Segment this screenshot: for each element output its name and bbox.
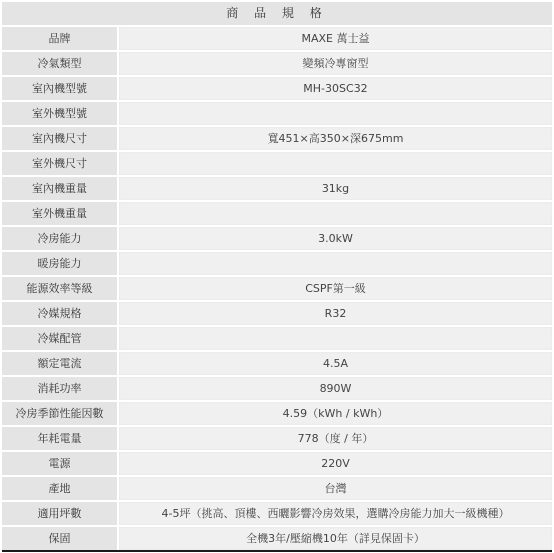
spec-label: 消耗功率: [2, 377, 117, 400]
spec-label: 額定電流: [2, 352, 117, 375]
spec-value: 寬451×高350×深675mm: [119, 127, 552, 150]
spec-row-origin: 產地 台灣: [2, 477, 552, 500]
spec-row-indoor-size: 室內機尺寸 寬451×高350×深675mm: [2, 127, 552, 150]
spec-label: 冷氣類型: [2, 52, 117, 75]
spec-value: 220V: [119, 452, 552, 475]
bottom-divider: [2, 550, 552, 552]
spec-row-cooling-capacity: 冷房能力 3.0kW: [2, 227, 552, 250]
spec-value: 4.59（kWh / kWh）: [119, 402, 552, 425]
spec-value: 變頻冷專窗型: [119, 52, 552, 75]
spec-label: 室外機型號: [2, 102, 117, 125]
spec-row-indoor-model: 室內機型號 MH-30SC32: [2, 77, 552, 100]
spec-row-warranty: 保固 全機3年/壓縮機10年（詳見保固卡）: [2, 527, 552, 550]
spec-label: 電源: [2, 452, 117, 475]
spec-row-indoor-weight: 室內機重量 31kg: [2, 177, 552, 200]
spec-table: 商 品 規 格 品牌 MAXE 萬士益 冷氣類型 變頻冷專窗型 室內機型號 MH…: [2, 2, 552, 550]
spec-row-cspf: 冷房季節性能因數 4.59（kWh / kWh）: [2, 402, 552, 425]
spec-value: MAXE 萬士益: [119, 27, 552, 50]
spec-value: MH-30SC32: [119, 77, 552, 100]
spec-row-applicable-area: 適用坪數 4-5坪（挑高、頂樓、西曬影響冷房效果，選購冷房能力加大一級機種）: [2, 502, 552, 525]
spec-label: 產地: [2, 477, 117, 500]
spec-row-power-consumption: 消耗功率 890W: [2, 377, 552, 400]
spec-row-power-supply: 電源 220V: [2, 452, 552, 475]
spec-row-outdoor-model: 室外機型號: [2, 102, 552, 125]
spec-label: 保固: [2, 527, 117, 550]
spec-row-rated-current: 額定電流 4.5A: [2, 352, 552, 375]
spec-value: 台灣: [119, 477, 552, 500]
spec-value: 全機3年/壓縮機10年（詳見保固卡）: [119, 527, 552, 550]
spec-value: [119, 252, 552, 275]
spec-row-brand: 品牌 MAXE 萬士益: [2, 27, 552, 50]
spec-row-annual-consumption: 年耗電量 778（度 / 年）: [2, 427, 552, 450]
spec-row-refrigerant-piping: 冷媒配管: [2, 327, 552, 350]
spec-value: 31kg: [119, 177, 552, 200]
spec-row-heating-capacity: 暖房能力: [2, 252, 552, 275]
spec-value: [119, 102, 552, 125]
spec-label: 室內機重量: [2, 177, 117, 200]
spec-label: 室外機重量: [2, 202, 117, 225]
spec-value: [119, 202, 552, 225]
spec-value: 890W: [119, 377, 552, 400]
spec-value: [119, 152, 552, 175]
spec-label: 冷媒規格: [2, 302, 117, 325]
spec-label: 室內機尺寸: [2, 127, 117, 150]
spec-row-refrigerant: 冷媒規格 R32: [2, 302, 552, 325]
spec-row-ac-type: 冷氣類型 變頻冷專窗型: [2, 52, 552, 75]
spec-value: [119, 327, 552, 350]
spec-value: CSPF第一級: [119, 277, 552, 300]
spec-table-title: 商 品 規 格: [2, 2, 552, 25]
spec-label: 暖房能力: [2, 252, 117, 275]
spec-row-energy-rating: 能源效率等級 CSPF第一級: [2, 277, 552, 300]
spec-label: 能源效率等級: [2, 277, 117, 300]
spec-label: 冷房季節性能因數: [2, 402, 117, 425]
spec-label: 品牌: [2, 27, 117, 50]
spec-label: 室外機尺寸: [2, 152, 117, 175]
spec-label: 冷房能力: [2, 227, 117, 250]
spec-row-outdoor-size: 室外機尺寸: [2, 152, 552, 175]
spec-value: 778（度 / 年）: [119, 427, 552, 450]
spec-value: R32: [119, 302, 552, 325]
spec-value: 3.0kW: [119, 227, 552, 250]
spec-label: 年耗電量: [2, 427, 117, 450]
spec-value: 4-5坪（挑高、頂樓、西曬影響冷房效果，選購冷房能力加大一級機種）: [119, 502, 552, 525]
spec-label: 冷媒配管: [2, 327, 117, 350]
spec-value: 4.5A: [119, 352, 552, 375]
spec-row-outdoor-weight: 室外機重量: [2, 202, 552, 225]
spec-label: 室內機型號: [2, 77, 117, 100]
spec-label: 適用坪數: [2, 502, 117, 525]
